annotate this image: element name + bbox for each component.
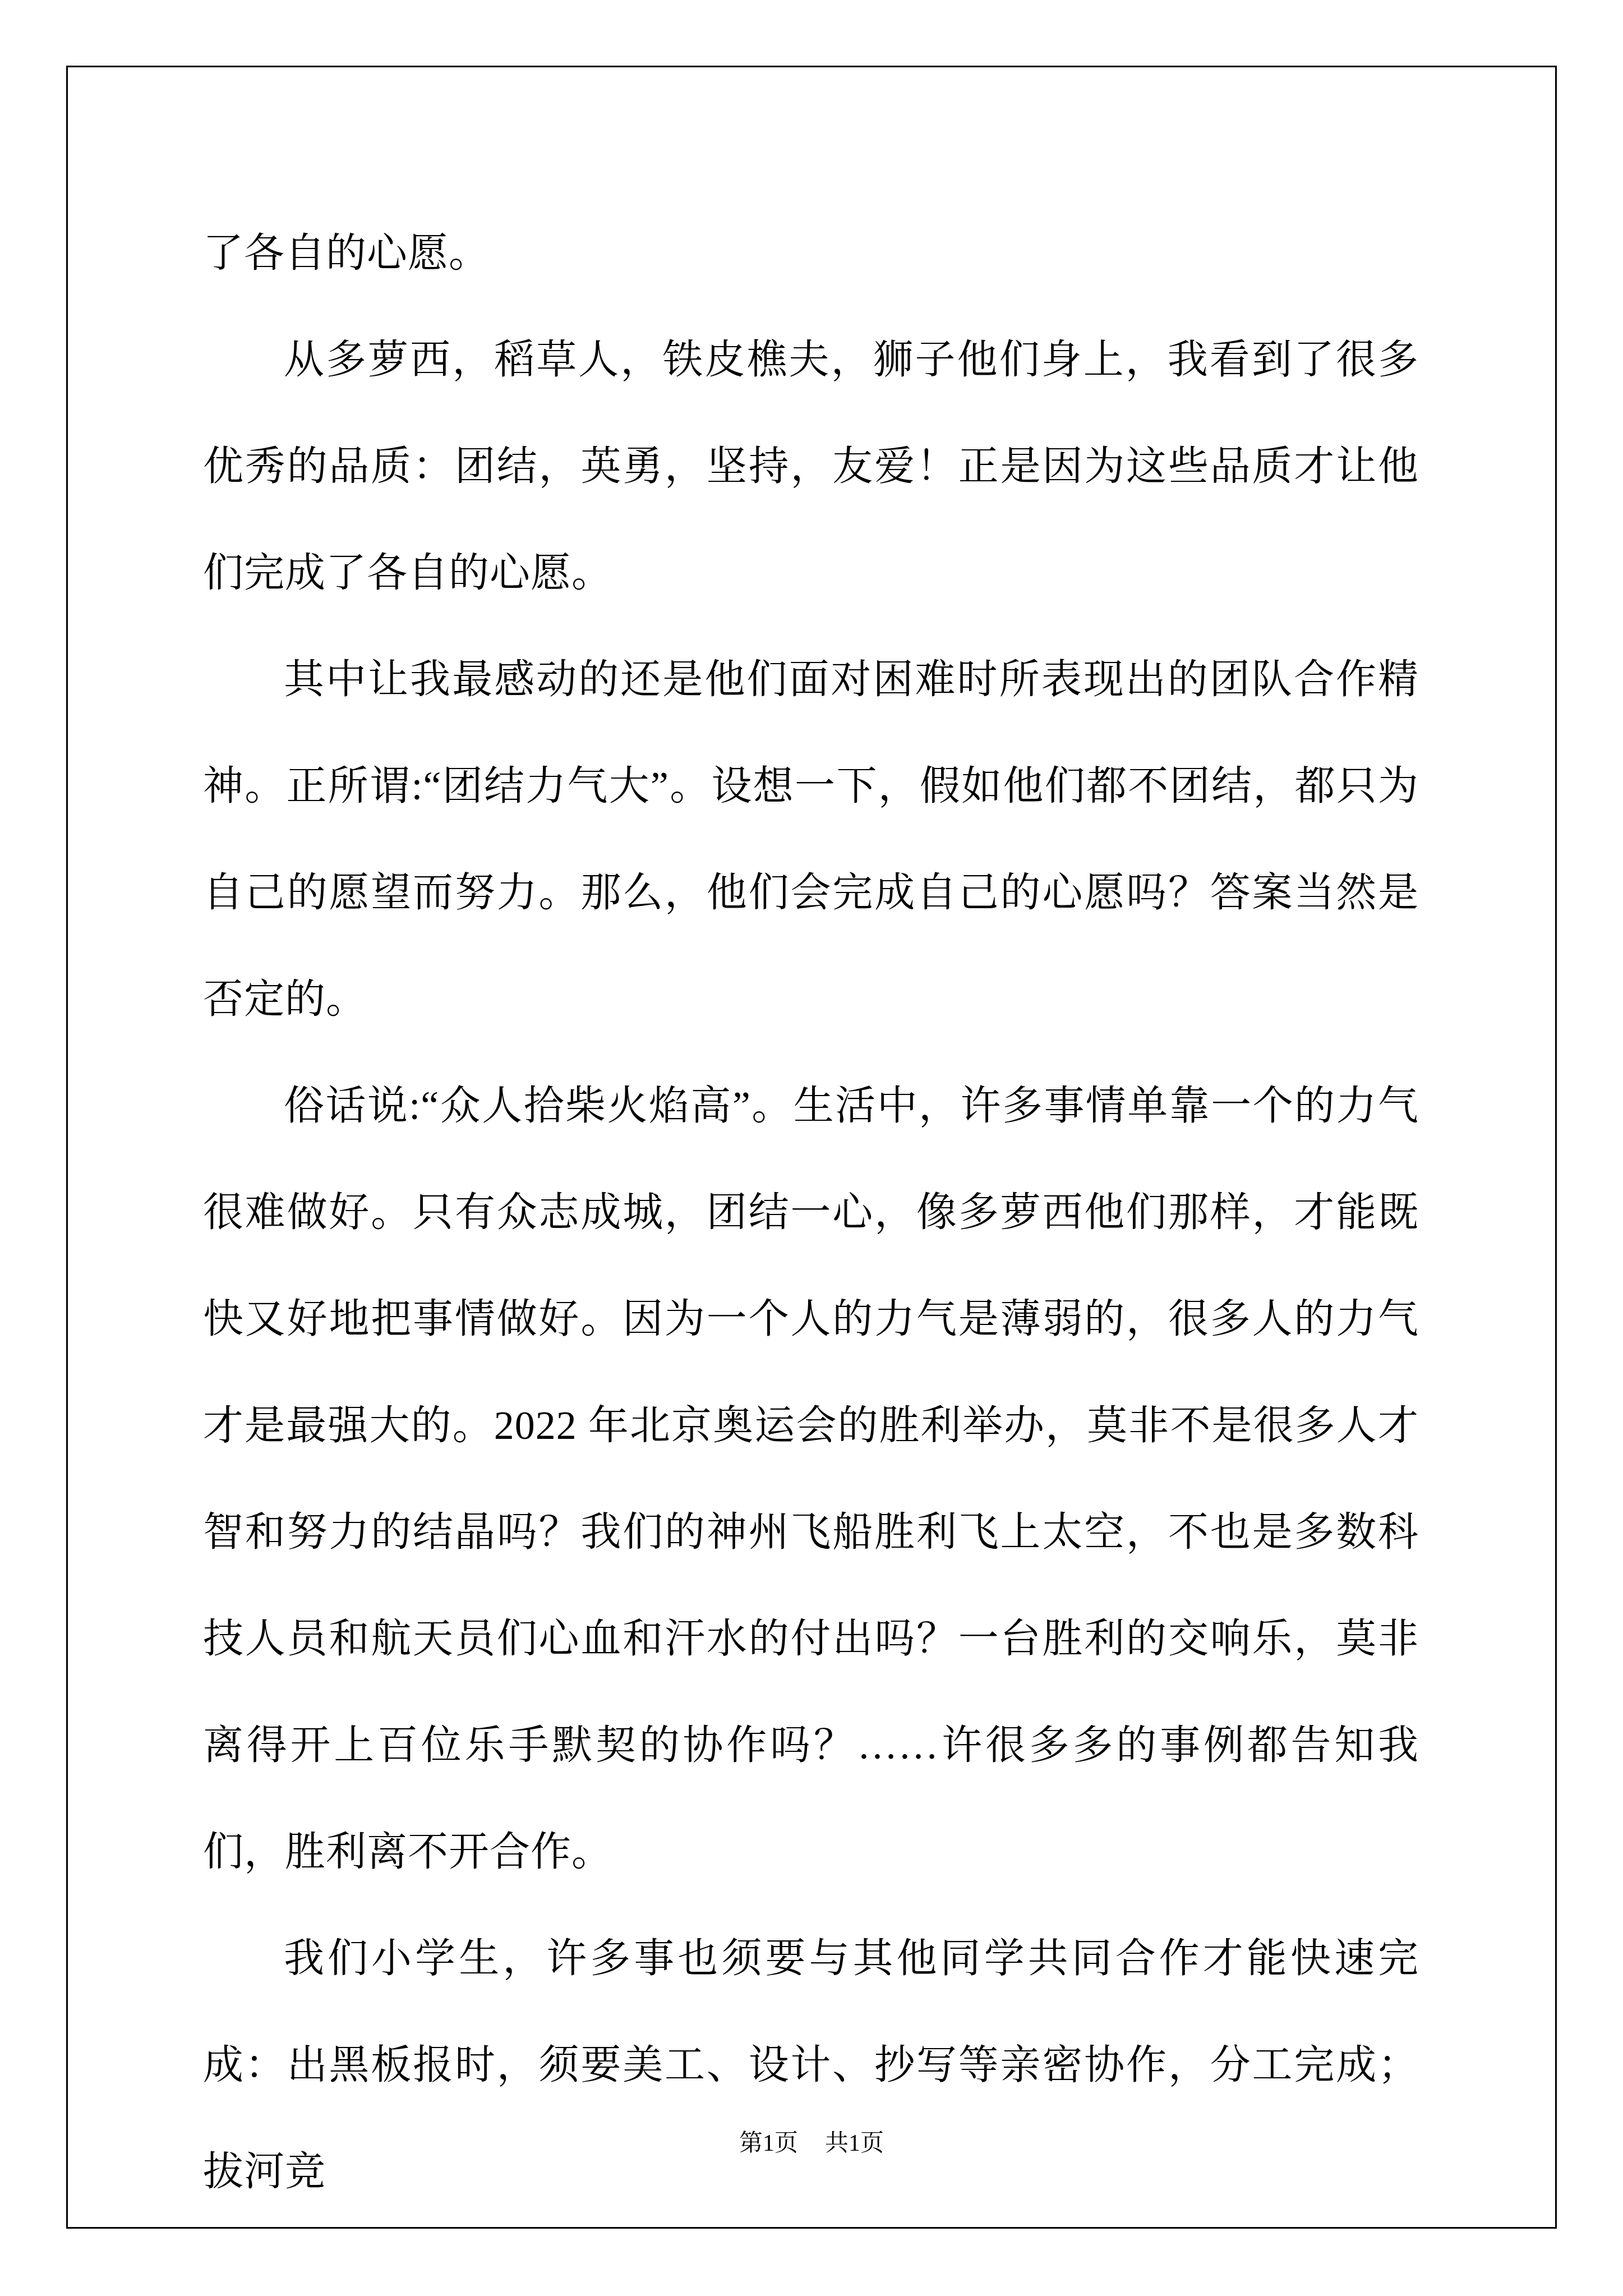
document-page: { "page": { "body": { "paragraphs": [ { … — [0, 0, 1623, 2296]
page-number-current: 第1页 — [739, 2131, 798, 2156]
paragraph: 我们小学生，许多事也须要与其他同学共同合作才能快速完成：出黑板报时，须要美工、设… — [203, 1905, 1419, 2225]
paragraph: 其中让我最感动的还是他们面对困难时所表现出的团队合作精神。正所谓:“团结力气大”… — [203, 626, 1419, 1052]
page-number-total: 共1页 — [825, 2131, 884, 2156]
document-body: 了各自的心愿。 从多萝西，稻草人，铁皮樵夫，狮子他们身上，我看到了很多优秀的品质… — [203, 200, 1419, 2225]
paragraph: 从多萝西，稻草人，铁皮樵夫，狮子他们身上，我看到了很多优秀的品质：团结，英勇，坚… — [203, 306, 1419, 626]
paragraph: 了各自的心愿。 — [203, 200, 1419, 306]
paragraph: 俗话说:“众人拾柴火焰高”。生活中，许多事情单靠一个的力气很难做好。只有众志成城… — [203, 1052, 1419, 1905]
page-footer: 第1页共1页 — [0, 2128, 1623, 2159]
